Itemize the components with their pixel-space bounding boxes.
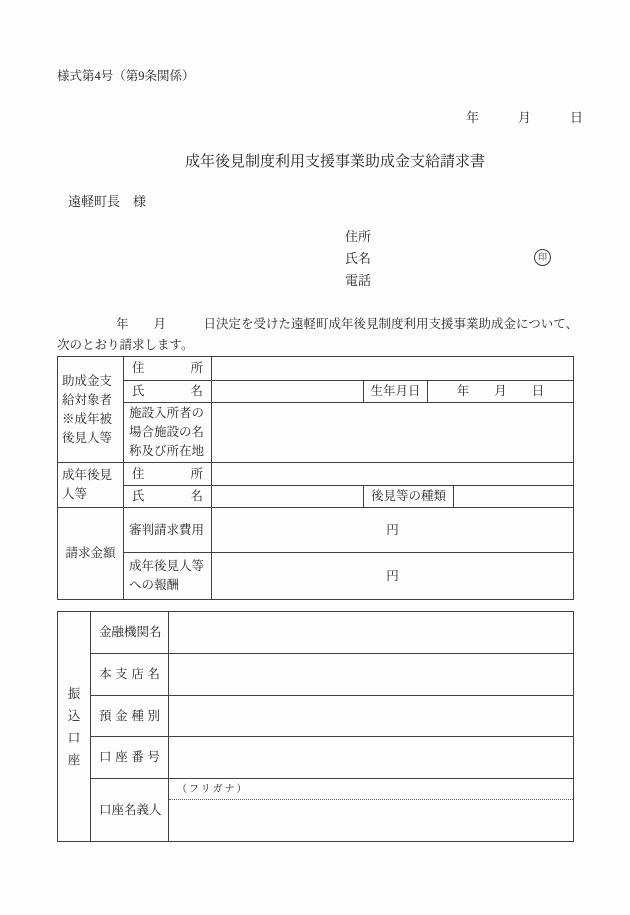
input-cell-facility (212, 403, 574, 463)
field-label-name: 氏名 (124, 381, 212, 403)
sender-block: 住所 氏名 電話 (345, 226, 371, 292)
seal-icon: 印 (534, 249, 551, 266)
field-label-facility: 施設入所者の場合施設の名称及び所在地 (124, 403, 212, 463)
input-cell-branch-name (169, 654, 574, 696)
input-cell-recipient-address (212, 357, 574, 381)
input-cell-guardian-name (212, 486, 364, 508)
input-cell-court-cost: 円 (212, 508, 574, 553)
field-label-bank-name: 金融機関名 (91, 612, 169, 654)
field-label-reward: 成年後見人等への報酬 (124, 553, 212, 600)
input-cell-account-holder: （フリガナ） (169, 779, 574, 842)
input-cell-reward: 円 (212, 553, 574, 600)
field-label-account-holder: 口座名義人 (91, 779, 169, 842)
transfer-account-vertical-text: 振込口座 (67, 683, 81, 771)
field-label-name: 氏名 (124, 486, 212, 508)
request-text-line2: 次のとおり請求します。 (57, 335, 194, 353)
field-label-address: 住所 (124, 357, 212, 381)
field-label-birthdate: 生年月日 (364, 381, 428, 403)
field-label-guardian-type: 後見等の種類 (364, 486, 454, 508)
input-cell-birthdate: 年 月 日 (428, 381, 574, 403)
recipient-table: 助成金支給対象者※成年被後見人等 住所 氏名 生年月日 年 月 日 施設入所者の… (57, 356, 574, 600)
field-label-deposit-type: 預金種別 (91, 696, 169, 737)
account-table: 振込口座 金融機関名 本支店名 預金種別 口座番号 口座名義人 （フリガナ） (57, 611, 574, 842)
group-label-guardian: 成年後見人等 (58, 463, 124, 508)
input-cell-account-number (169, 737, 574, 779)
field-label-branch-name: 本支店名 (91, 654, 169, 696)
request-text-line1: 年 月 日決定を受けた遠軽町成年後見制度利用支援事業助成金について、 (116, 314, 578, 332)
field-label-court-cost: 審判請求費用 (124, 508, 212, 553)
input-cell-guardian-type (454, 486, 574, 508)
field-label-account-number: 口座番号 (91, 737, 169, 779)
sender-phone-label: 電話 (345, 270, 371, 292)
group-label-transfer-account: 振込口座 (58, 612, 91, 842)
input-cell-bank-name (169, 612, 574, 654)
sender-name-label: 氏名 (345, 248, 371, 270)
header-date-blank: 年 月 日 (466, 107, 583, 126)
input-cell-recipient-name (212, 381, 364, 403)
input-cell-guardian-address (212, 463, 574, 486)
group-label-recipient: 助成金支給対象者※成年被後見人等 (58, 357, 124, 463)
sender-address-label: 住所 (345, 226, 371, 248)
addressee-line: 遠軽町長 様 (68, 191, 146, 210)
document-page: 様式第4号（第9条関係） 年 月 日 成年後見制度利用支援事業助成金支給請求書 … (0, 0, 630, 915)
form-number: 様式第4号（第9条関係） (57, 66, 195, 84)
page-title: 成年後見制度利用支援事業助成金支給請求書 (185, 150, 485, 171)
furigana-label: （フリガナ） (169, 779, 573, 800)
field-label-address: 住所 (124, 463, 212, 486)
input-cell-deposit-type (169, 696, 574, 737)
group-label-amount: 請求金額 (58, 508, 124, 600)
